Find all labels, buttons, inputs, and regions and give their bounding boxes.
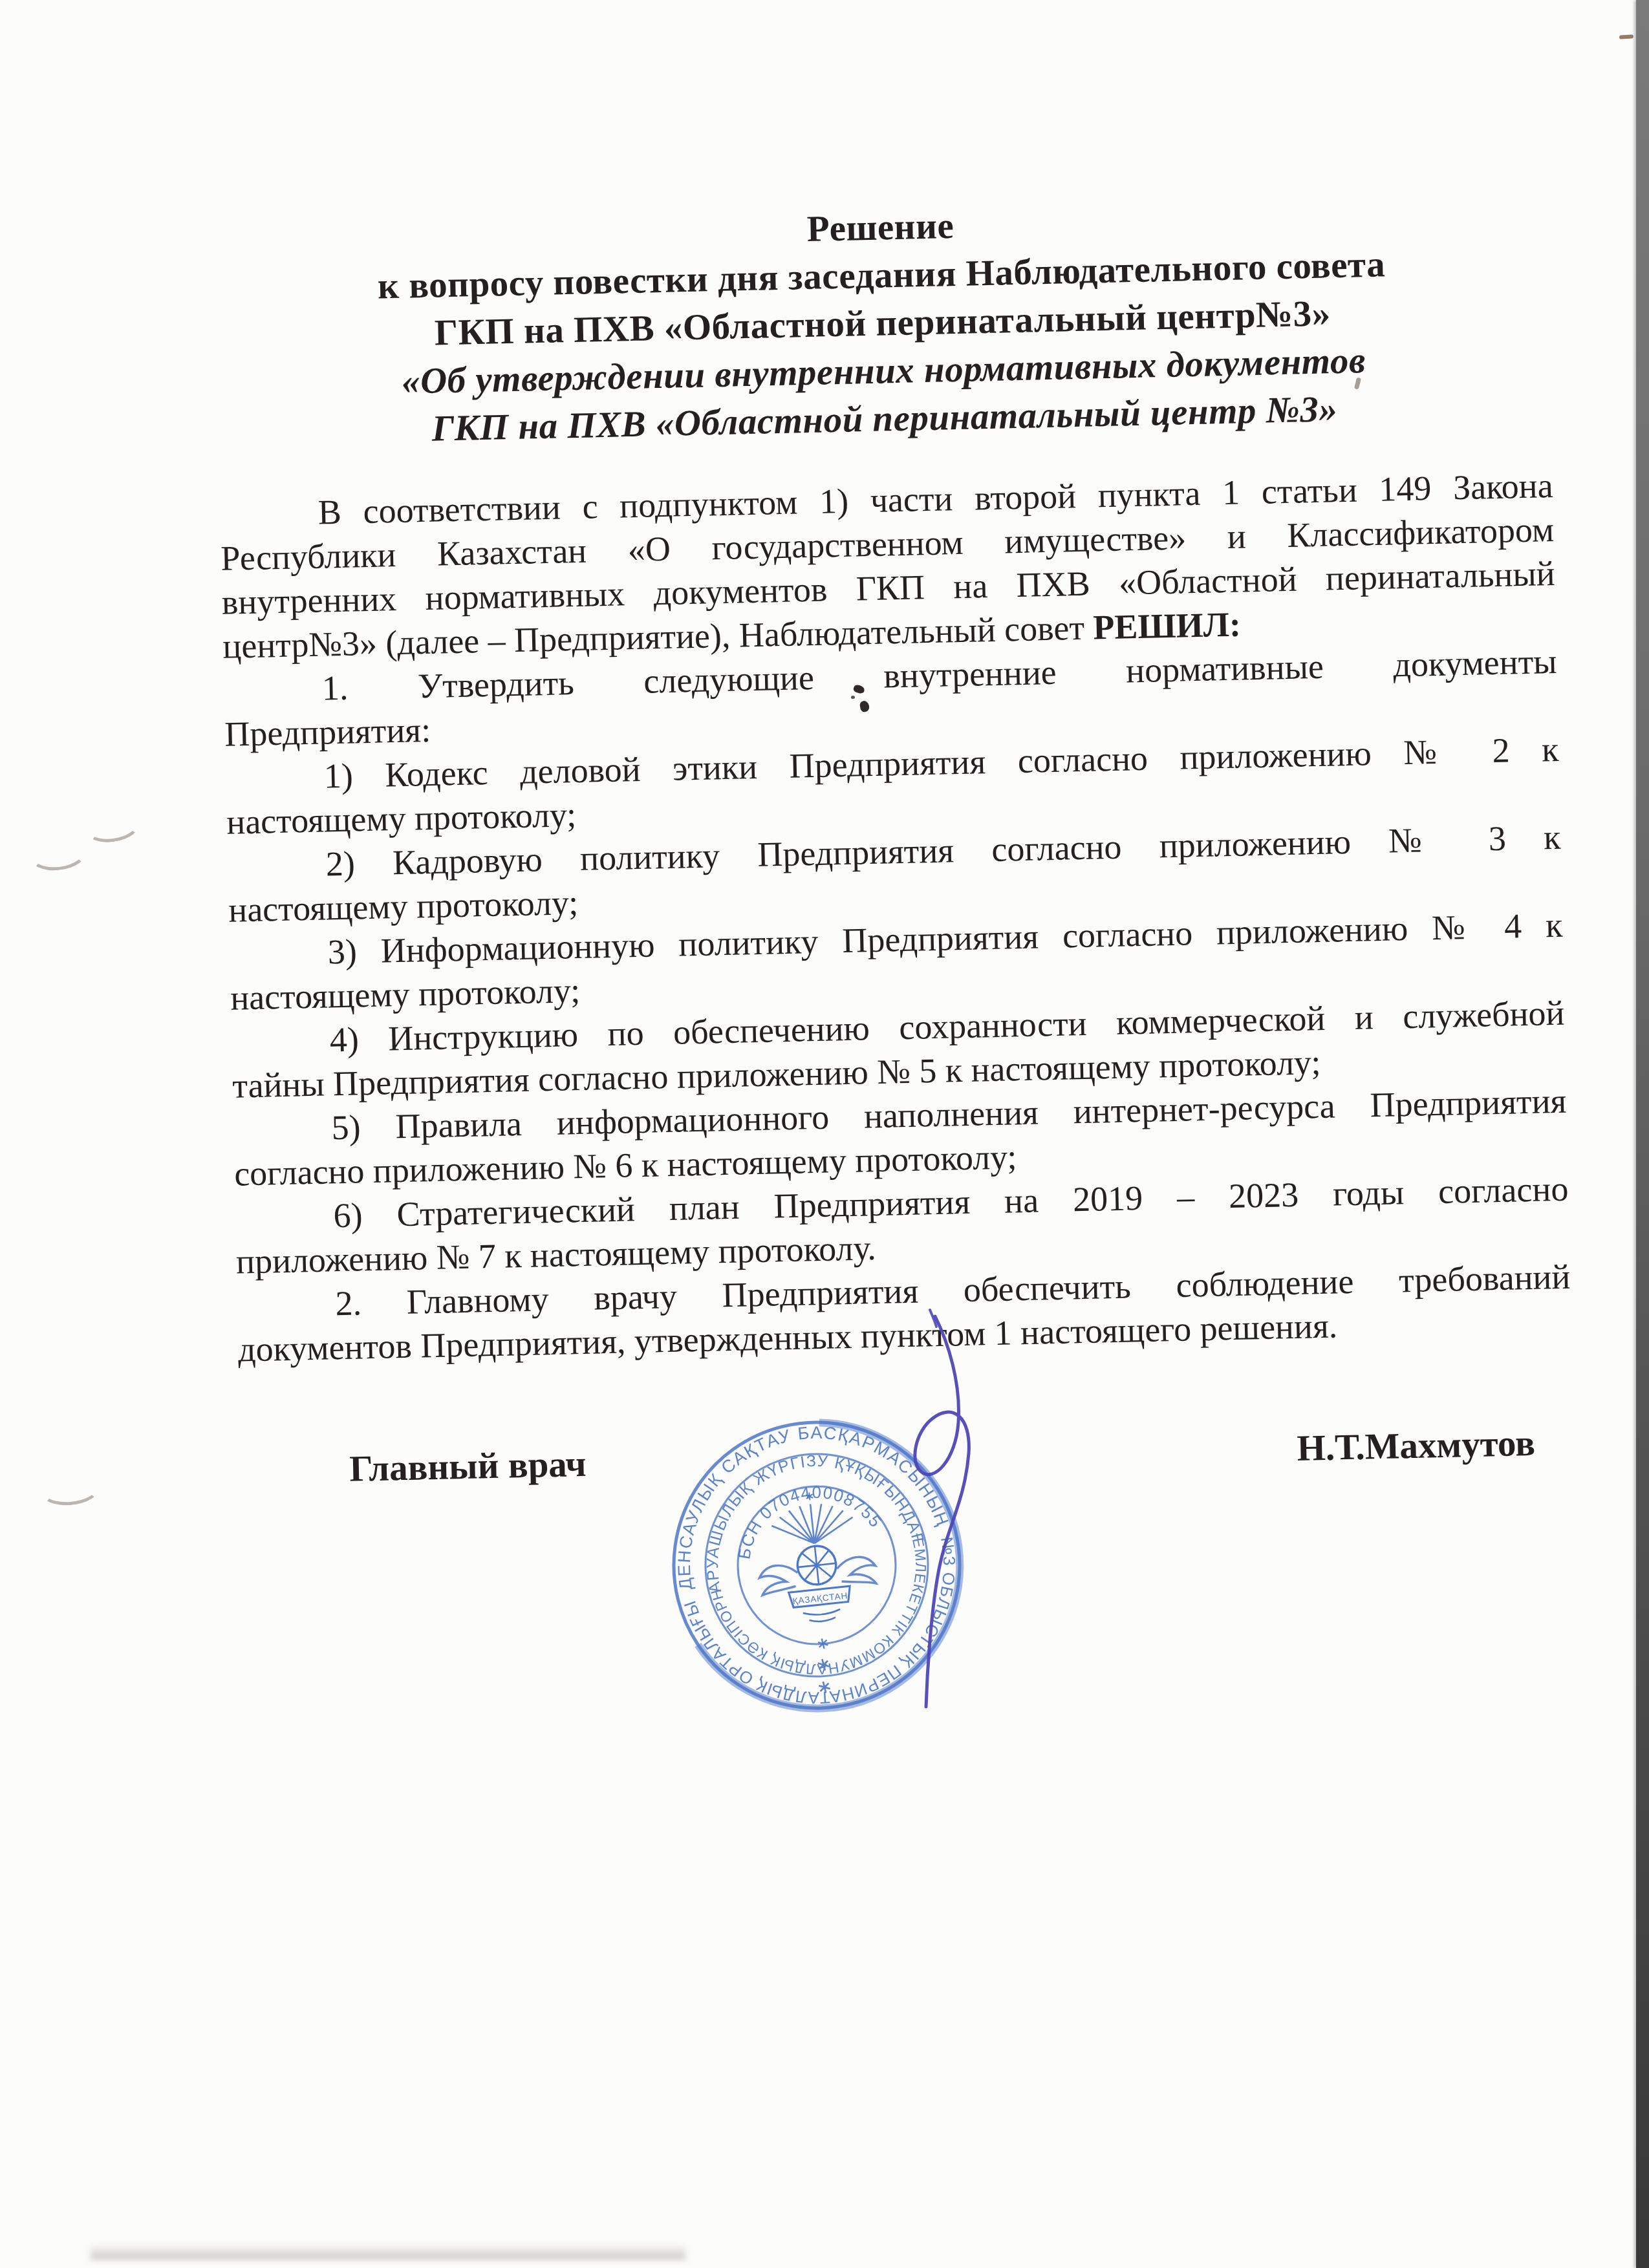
scan-artifact-arc (27, 833, 89, 873)
paragraph: В соответствии с подпунктом 1) части вто… (219, 464, 1556, 669)
scanned-document-page: Решениек вопросу повестки дня заседания … (0, 0, 1649, 2268)
ink-blot-artifact (851, 696, 855, 699)
pen-signature (885, 1303, 1008, 1730)
signature-role: Главный врач (349, 1442, 587, 1492)
scan-artifact-speck (1619, 34, 1633, 39)
title-block: Решениек вопросу повестки дня заседания … (213, 189, 1552, 458)
signature-name: Н.Т.Махмутов (1297, 1421, 1536, 1471)
scanner-edge-band (1636, 0, 1649, 2268)
scan-artifact-arc (39, 1471, 101, 1508)
body-paragraphs: В соответствии с подпунктом 1) части вто… (219, 464, 1571, 1372)
scan-artifact-arc (83, 808, 142, 846)
signature-stroke (915, 1316, 969, 1707)
document-content: Решениек вопросу повестки дня заседания … (213, 189, 1575, 1495)
scan-artifact-streak (91, 2243, 685, 2260)
